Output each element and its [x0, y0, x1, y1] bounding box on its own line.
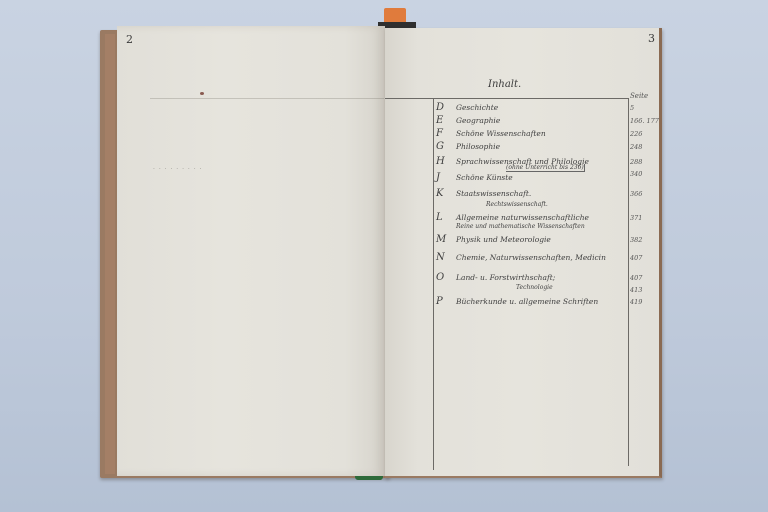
entry-page: 419	[630, 298, 642, 306]
index-entry: F Schöne Wissenschaften 226	[436, 128, 668, 142]
open-book: 2 · · · · · · · · · 3 Inhalt. Seite D Ge…	[0, 0, 768, 512]
index-entry: L Allgemeine naturwissenschaftliche Rein…	[436, 212, 668, 226]
entry-letter: O	[436, 272, 456, 283]
entry-text: Allgemeine naturwissenschaftliche	[456, 213, 589, 222]
entry-text: Geographie	[456, 116, 500, 125]
entry-text: Land- u. Forstwirthschaft;	[456, 273, 555, 282]
index-entry: P Bücherkunde u. allgemeine Schriften 41…	[436, 296, 668, 310]
entry-letter: G	[436, 141, 456, 152]
left-page-number: 2	[126, 33, 133, 46]
entry-subtext: Rechtswissenschaft.	[486, 201, 548, 208]
book-cover-edge	[105, 34, 115, 474]
left-page	[117, 26, 385, 476]
entry-letter: M	[436, 234, 456, 245]
left-page-rule	[150, 98, 384, 99]
index-entry: G Philosophie 248	[436, 141, 668, 155]
entry-letter: L	[436, 212, 456, 223]
entry-subtext: Reine und mathematische Wissenschaften	[456, 223, 585, 230]
right-page-number: 3	[648, 32, 655, 45]
entry-text: Schöne Künste	[456, 173, 513, 182]
entry-page: 413	[630, 286, 642, 294]
entry-text: Schöne Wissenschaften	[456, 129, 546, 138]
entry-page: 5	[630, 104, 634, 112]
index-entry: M Physik und Meteorologie 382	[436, 234, 668, 248]
index-entry: N Chemie, Naturwissenschaften, Medicin 4…	[436, 252, 668, 266]
entry-text: Chemie, Naturwissenschaften, Medicin	[456, 253, 606, 262]
entry-text: Bücherkunde u. allgemeine Schriften	[456, 297, 598, 306]
index-entry: D Geschichte 5	[436, 102, 668, 116]
entry-letter: P	[436, 296, 456, 307]
entry-page: 407	[630, 254, 642, 262]
entry-page: 248	[630, 143, 642, 151]
entry-text: Physik und Meteorologie	[456, 235, 551, 244]
entry-text: Geschichte	[456, 103, 498, 112]
green-headband	[355, 476, 383, 480]
index-heading: Inhalt.	[488, 79, 521, 90]
entry-page: 366	[630, 190, 642, 198]
index-entry: E Geographie 166. 177	[436, 115, 668, 129]
entry-letter: N	[436, 252, 456, 263]
entry-letter: E	[436, 115, 456, 126]
index-top-rule	[385, 98, 629, 99]
entry-page: 382	[630, 236, 642, 244]
page-column-label: Seite	[630, 92, 648, 100]
entry-page: 407	[630, 274, 642, 282]
index-entry: J Schöne Künste	[436, 172, 668, 186]
entry-letter: H	[436, 156, 456, 167]
entry-text: Staatswissenschaft.	[456, 189, 531, 198]
entry-text: Philosophie	[456, 142, 500, 151]
entry-letter: J	[436, 172, 456, 183]
entry-page: 166. 177	[630, 117, 659, 125]
entry-page: 371	[630, 214, 642, 222]
index-left-rule	[433, 98, 434, 470]
entry-letter: K	[436, 188, 456, 199]
index-entry: K Staatswissenschaft. Rechtswissenschaft…	[436, 188, 668, 202]
entry-page: 226	[630, 130, 642, 138]
ink-stain	[200, 92, 204, 95]
entry-letter: D	[436, 102, 456, 113]
entry-letter: F	[436, 128, 456, 139]
left-page-faint-text: · · · · · · · · ·	[153, 166, 202, 173]
entry-page: 288	[630, 158, 642, 166]
